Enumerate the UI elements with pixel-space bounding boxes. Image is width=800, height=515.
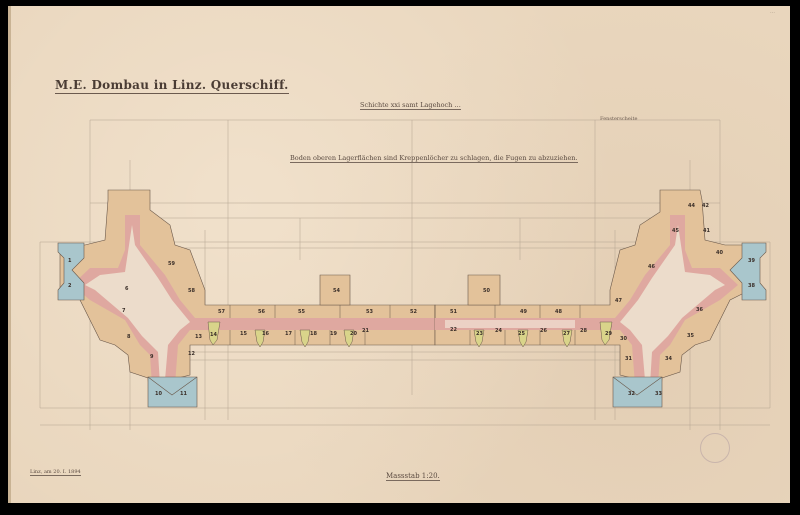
svg-text:32: 32 [628, 391, 635, 397]
archive-seal-icon [700, 433, 730, 463]
svg-text:56: 56 [258, 309, 265, 315]
svg-text:44: 44 [688, 203, 695, 209]
date-stamp: Linz, am 20. I. 1894 [30, 469, 81, 476]
svg-text:54: 54 [333, 288, 340, 294]
svg-text:41: 41 [703, 228, 710, 234]
svg-text:40: 40 [716, 250, 723, 256]
svg-text:55: 55 [298, 309, 305, 315]
svg-text:34: 34 [665, 356, 672, 362]
svg-text:28: 28 [580, 328, 587, 334]
svg-text:30: 30 [620, 336, 627, 342]
svg-text:14: 14 [210, 332, 217, 338]
svg-text:6: 6 [125, 286, 129, 292]
svg-text:35: 35 [687, 333, 694, 339]
svg-text:10: 10 [155, 391, 162, 397]
svg-text:13: 13 [195, 334, 202, 340]
nave-highlight [445, 320, 575, 328]
svg-text:26: 26 [540, 328, 547, 334]
svg-text:25: 25 [518, 331, 525, 337]
svg-text:53: 53 [366, 309, 373, 315]
svg-text:31: 31 [625, 356, 632, 362]
svg-text:17: 17 [285, 331, 292, 337]
svg-text:50: 50 [483, 288, 490, 294]
svg-text:21: 21 [362, 328, 369, 334]
svg-text:22: 22 [450, 327, 457, 333]
svg-text:49: 49 [520, 309, 527, 315]
left-transept [58, 190, 435, 407]
instruction-caption: Boden oberen Lagerflächen sind Kreppenlö… [290, 154, 578, 163]
svg-text:29: 29 [605, 331, 612, 337]
svg-text:1: 1 [68, 258, 72, 264]
svg-text:2: 2 [68, 283, 72, 289]
svg-text:27: 27 [563, 331, 570, 337]
svg-text:52: 52 [410, 309, 417, 315]
svg-text:46: 46 [648, 264, 655, 270]
svg-text:23: 23 [476, 331, 483, 337]
svg-text:20: 20 [350, 331, 357, 337]
svg-text:58: 58 [188, 288, 195, 294]
svg-text:33: 33 [655, 391, 662, 397]
svg-text:18: 18 [310, 331, 317, 337]
drawing-title: M.E. Dombau in Linz. Querschiff. [55, 78, 289, 94]
svg-text:19: 19 [330, 331, 337, 337]
svg-text:38: 38 [748, 283, 755, 289]
svg-text:7: 7 [122, 308, 126, 314]
svg-text:42: 42 [702, 203, 709, 209]
svg-text:8: 8 [127, 334, 131, 340]
svg-text:16: 16 [262, 331, 269, 337]
window-caption: Fensterscheite [600, 116, 637, 122]
svg-text:48: 48 [555, 309, 562, 315]
svg-text:47: 47 [615, 298, 622, 304]
svg-text:59: 59 [168, 261, 175, 267]
svg-text:12: 12 [188, 351, 195, 357]
svg-text:15: 15 [240, 331, 247, 337]
svg-text:36: 36 [696, 307, 703, 313]
pier-blocks [320, 275, 500, 305]
svg-text:9: 9 [150, 354, 154, 360]
svg-text:51: 51 [450, 309, 457, 315]
scale-caption: Massstab 1:20. [386, 472, 440, 481]
corner-mark: … [770, 9, 775, 15]
svg-text:45: 45 [672, 228, 679, 234]
svg-text:57: 57 [218, 309, 225, 315]
svg-text:11: 11 [180, 391, 187, 397]
svg-text:24: 24 [495, 328, 502, 334]
layer-caption: Schichte xxi samt Lagehoch … [360, 101, 461, 110]
svg-text:39: 39 [748, 258, 755, 264]
